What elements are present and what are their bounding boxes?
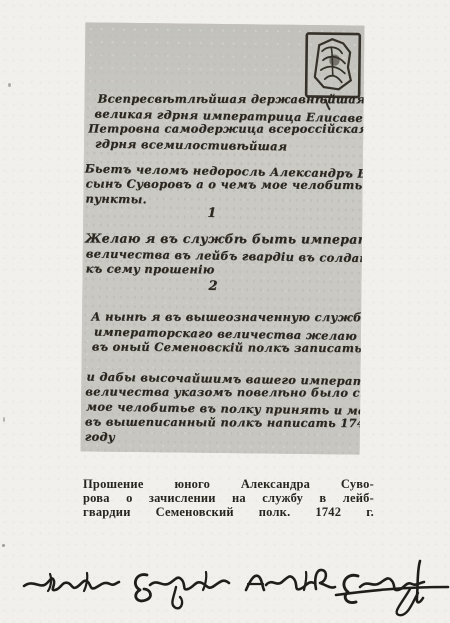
manuscript-line: въ вышеписанный полкъ написать 1742 bbox=[85, 415, 365, 430]
caption-word: юного bbox=[174, 477, 210, 491]
manuscript-line: сынъ Суворовъ а о чемъ мое челобитье том… bbox=[86, 177, 365, 192]
manuscript-line: А нынѣ я въ вышеозначенную службу bbox=[91, 311, 364, 325]
photo-caption: ПрошениеюногоАлександраСуво- роваозачисл… bbox=[83, 477, 374, 519]
caption-word: 1742 bbox=[315, 505, 341, 519]
caption-word: Прошение bbox=[83, 477, 144, 491]
caption-word: г. bbox=[366, 505, 374, 519]
caption-word: Александра bbox=[241, 477, 310, 491]
caption-word: на bbox=[232, 491, 246, 505]
caption-line: роваозачислениинаслужбувлейб- bbox=[83, 491, 374, 505]
page-speck bbox=[2, 544, 5, 547]
page-speck bbox=[8, 83, 11, 87]
manuscript-line: величества указомъ повелѣно было сіе bbox=[85, 385, 364, 399]
caption-word: гвардии bbox=[83, 505, 131, 519]
manuscript-point-number: 2 bbox=[208, 280, 217, 293]
caption-word: лейб- bbox=[343, 491, 374, 505]
caption-word: службу bbox=[262, 491, 303, 505]
manuscript-line: Петровна самодержица всероссійская bbox=[88, 122, 364, 135]
caption-word: в bbox=[319, 491, 326, 505]
suvorov-autograph-signature bbox=[0, 545, 450, 623]
caption-word: Суво- bbox=[341, 477, 374, 491]
caption-word: рова bbox=[83, 491, 110, 505]
caption-word: зачислении bbox=[149, 491, 216, 505]
page-speck bbox=[3, 417, 5, 422]
manuscript-photo: Всепресвѣтлѣйшая державнѣйшая великая гд… bbox=[81, 22, 365, 454]
manuscript-line: Всепресвѣтлѣйшая державнѣйшая bbox=[98, 93, 365, 107]
manuscript-point-number: 1 bbox=[207, 207, 216, 220]
caption-word: Семеновский bbox=[156, 505, 234, 519]
caption-word: полк. bbox=[259, 505, 291, 519]
manuscript-line: пункты. bbox=[85, 192, 147, 206]
book-page: { "colors": { "page_background": "#f1f0e… bbox=[0, 0, 450, 623]
manuscript-line: къ сему прошенію bbox=[86, 262, 215, 276]
caption-word: о bbox=[126, 491, 132, 505]
manuscript-line: году bbox=[85, 430, 115, 443]
manuscript-line: въ оный Семеновскій полкъ записаться bbox=[92, 341, 365, 356]
manuscript-line: гдрня всемилостивѣйшая bbox=[95, 138, 287, 154]
caption-line: гвардииСеменовскийполк.1742г. bbox=[83, 505, 374, 519]
caption-line: ПрошениеюногоАлександраСуво- bbox=[83, 477, 374, 491]
manuscript-line: Желаю я въ службѣ быть императорскаго bbox=[85, 231, 364, 246]
